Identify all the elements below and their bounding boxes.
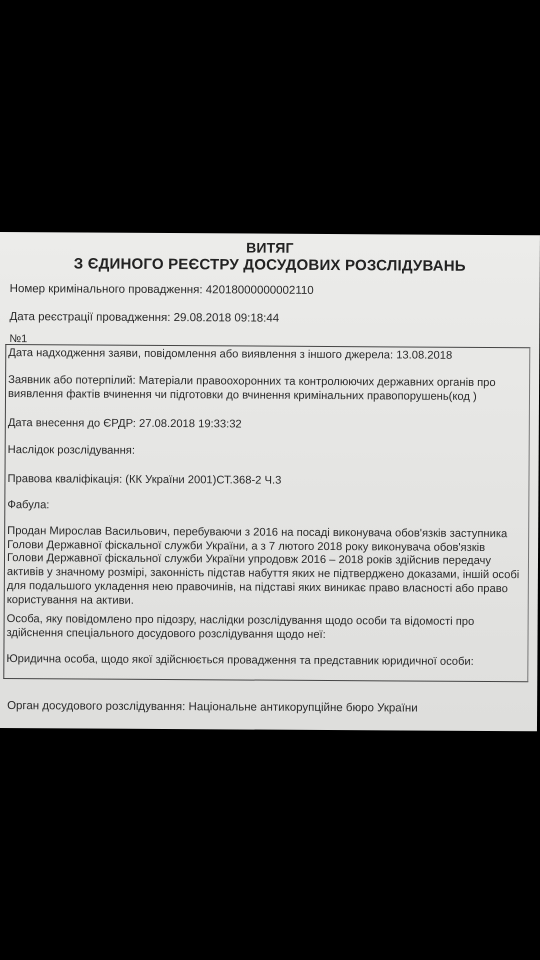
suspect-info: Особа, яку повідомлено про підозру, насл… bbox=[7, 613, 522, 644]
case-number: Номер кримінального провадження: 4201800… bbox=[10, 283, 314, 297]
legal-qualification: Правова кваліфікація: (КК України 2001)С… bbox=[7, 473, 281, 487]
applicant-line: виявлення фактів вчинення чи підготовки … bbox=[8, 388, 523, 405]
document-subtitle: З ЄДИНОГО РЕЄСТРУ ДОСУДОВИХ РОЗСЛІДУВАНЬ bbox=[0, 255, 540, 275]
document-title: ВИТЯГ bbox=[0, 238, 540, 257]
applicant: Заявник або потерпілий: Матеріали правоо… bbox=[8, 374, 523, 405]
entry-box: Дата надходження заяви, повідомлення або… bbox=[3, 344, 530, 682]
investigation-consequence: Наслідок розслідування: bbox=[8, 444, 135, 457]
document-page: ВИТЯГ З ЄДИНОГО РЕЄСТРУ ДОСУДОВИХ РОЗСЛІ… bbox=[0, 232, 540, 731]
erdr-date: Дата внесення до ЄРДР: 27.08.2018 19:33:… bbox=[8, 417, 242, 430]
fabula-label: Фабула: bbox=[7, 499, 49, 511]
registration-date: Дата реєстрації провадження: 29.08.2018 … bbox=[9, 311, 279, 325]
legal-entity: Юридична особа, щодо якої здійснюється п… bbox=[6, 653, 473, 668]
fabula-text: Продан Мирослав Васильович, перебуваючи … bbox=[7, 525, 522, 610]
receipt-date: Дата надходження заяви, повідомлення або… bbox=[8, 347, 452, 362]
investigation-body: Орган досудового розслідування: Націонал… bbox=[7, 700, 418, 715]
